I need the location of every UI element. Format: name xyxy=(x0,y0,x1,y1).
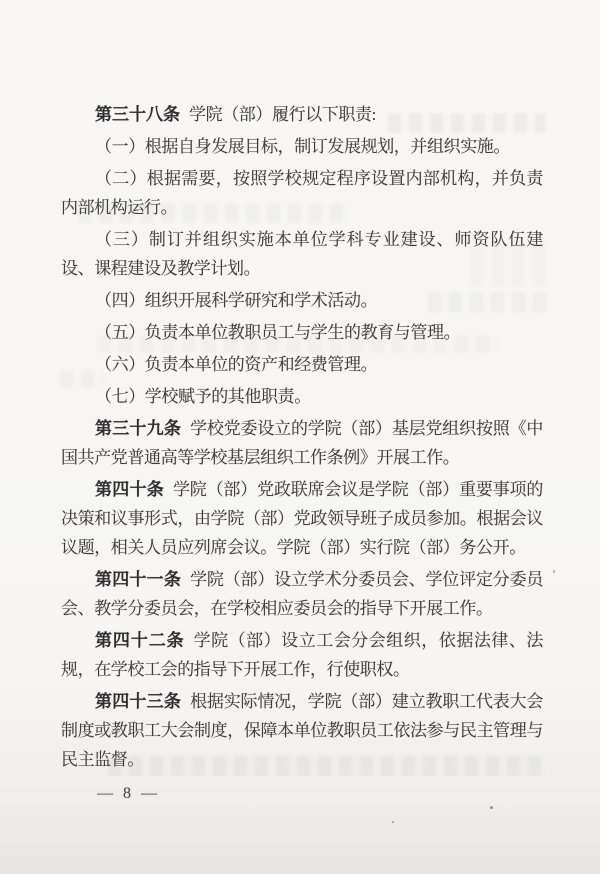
article-38-item-3: （三）制订并组织实施本单位学科专业建设、师资队伍建设、课程建设及教学计划。 xyxy=(61,225,543,283)
article-38-paragraph: 第三十八条学院（部）履行以下职责: xyxy=(61,100,543,129)
page-number: — 8 — xyxy=(97,785,160,803)
article-38-text: 学院（部）履行以下职责: xyxy=(189,105,376,124)
article-41-paragraph: 第四十一条学院（部）设立学术分委员会、学位评定分委员会、教学分委员会，在学校相应… xyxy=(61,565,543,623)
article-38-item-2: （二）根据需要，按照学校规定程序设置内部机构，并负责内部机构运行。 xyxy=(61,164,543,222)
article-40-number: 第四十条 xyxy=(95,480,164,499)
article-40-paragraph: 第四十条学院（部）党政联席会议是学院（部）重要事项的决策和议事形式，由学院（部）… xyxy=(61,475,543,562)
scan-speck xyxy=(392,821,394,823)
document-body-text: 第三十八条学院（部）履行以下职责: （一）根据自身发展目标，制订发展规划，并组织… xyxy=(61,100,543,777)
article-43-paragraph: 第四十三条根据实际情况，学院（部）建立教职工代表大会制度或教职工大会制度，保障本… xyxy=(61,687,543,774)
scan-speck xyxy=(553,570,555,573)
article-38-number: 第三十八条 xyxy=(95,105,180,124)
article-38-item-7: （七）学校赋予的其他职责。 xyxy=(61,382,543,411)
article-39-paragraph: 第三十九条学校党委设立的学院（部）基层党组织按照《中国共产党普通高等学校基层组织… xyxy=(61,414,543,472)
scanned-document-page: 第三十八条学院（部）履行以下职责: （一）根据自身发展目标，制订发展规划，并组织… xyxy=(0,0,600,874)
article-38-item-5: （五）负责本单位教职员工与学生的教育与管理。 xyxy=(61,318,543,347)
article-38-item-4: （四）组织开展科学研究和学术活动。 xyxy=(61,286,543,315)
article-43-number: 第四十三条 xyxy=(95,692,181,711)
article-38-item-1: （一）根据自身发展目标，制订发展规划，并组织实施。 xyxy=(61,132,543,161)
article-39-number: 第三十九条 xyxy=(95,419,181,438)
scan-speck xyxy=(490,806,493,809)
article-42-paragraph: 第四十二条学院（部）设立工会分会组织，依据法律、法规，在学校工会的指导下开展工作… xyxy=(61,626,543,684)
article-41-number: 第四十一条 xyxy=(95,570,181,589)
article-42-number: 第四十二条 xyxy=(95,631,185,650)
article-38-item-6: （六）负责本单位的资产和经费管理。 xyxy=(61,350,543,379)
